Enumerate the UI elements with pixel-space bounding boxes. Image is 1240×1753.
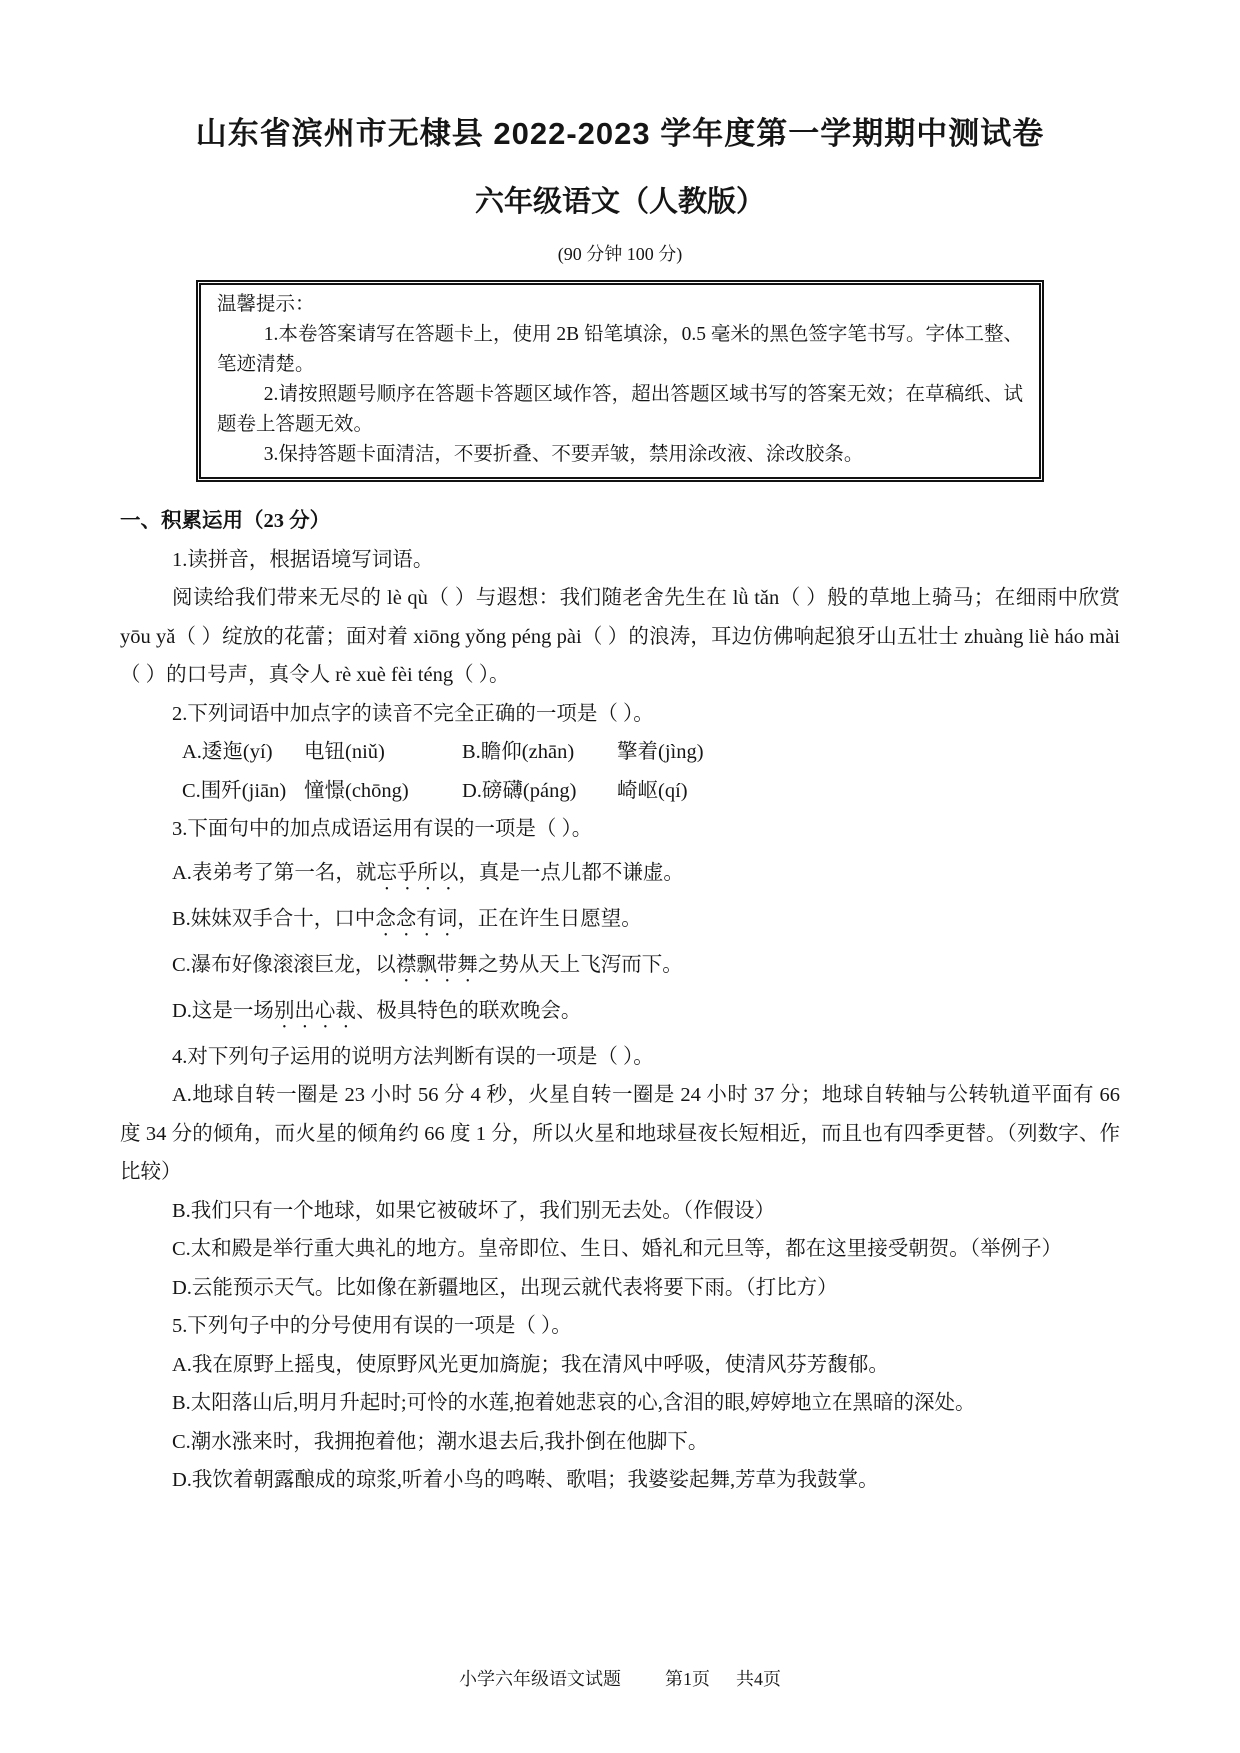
notice-item-3: 3.保持答题卡面清洁，不要折叠、不要弄皱，禁用涂改液、涂改胶条。 [217,440,1023,470]
notice-item-1: 1.本卷答案请写在答题卡上，使用 2B 铅笔填涂，0.5 毫米的黑色签字笔书写。… [217,320,1023,380]
notice-heading: 温馨提示： [217,290,1023,320]
question-5-stem: 5.下列句子中的分号使用有误的一项是（ ）。 [120,1307,1120,1346]
q4-option-c: C.太和殿是举行重大典礼的地方。皇帝即位、生日、婚礼和元旦等，都在这里接受朝贺。… [120,1230,1120,1269]
q3-a-pre: A.表弟考了第一名，就 [172,862,376,884]
question-2-options-row-2: C.围歼(jiān) 憧憬(chōng) D.磅礴(páng) 崎岖(qí) [120,772,1120,811]
q3-d-emphasis: 别出心裁 [274,1000,356,1022]
question-2-options-row-1: A.逶迤(yí) 电钮(niǔ) B.瞻仰(zhān) 擎着(jìng) [120,733,1120,772]
footer-page-number: 第1页 [665,1669,710,1689]
question-1-passage: 阅读给我们带来无尽的 lè qù（ ）与遐想：我们随老舍先生在 lǜ tǎn（ … [120,579,1120,695]
q4-option-a: A.地球自转一圈是 23 小时 56 分 4 秒，火星自转一圈是 24 小时 3… [120,1076,1120,1192]
page-footer: 小学六年级语文试题第1页共4页 [0,1665,1240,1691]
q2-option-a: A.逶迤(yí) [182,733,304,772]
q5-option-b: B.太阳落山后,明月升起时;可怜的水莲,抱着她悲哀的心,含泪的眼,婷婷地立在黑暗… [120,1384,1120,1423]
section1-heading: 一、积累运用（23 分） [120,502,1120,541]
q2-option-a2: 电钮(niǔ) [304,733,462,772]
q2-option-b: B.瞻仰(zhān) [462,733,617,772]
q3-c-post: 之势从天上飞泻而下。 [478,954,683,976]
q2-option-b2: 擎着(jìng) [617,733,704,772]
q2-option-d: D.磅礴(páng) [462,772,617,811]
q3-option-d: D.这是一场别出心裁、极具特色的联欢晚会。 [120,992,1120,1033]
q3-option-c: C.瀑布好像滚滚巨龙，以襟飘带舞之势从天上飞泻而下。 [120,946,1120,987]
q5-option-a: A.我在原野上摇曳，使原野风光更加旖旎；我在清风中呼吸，使清风芬芳馥郁。 [120,1346,1120,1385]
time-score-line: (90 分钟 100 分) [120,242,1120,266]
q2-option-c2: 憧憬(chōng) [304,772,462,811]
exam-body: 一、积累运用（23 分） 1.读拼音，根据语境写词语。 阅读给我们带来无尽的 l… [120,502,1120,1500]
q2-option-d2: 崎岖(qí) [617,772,688,811]
q3-d-pre: D.这是一场 [172,1000,274,1022]
q3-option-a: A.表弟考了第一名，就忘乎所以，真是一点儿都不谦虚。 [120,854,1120,895]
q2-option-c: C.围歼(jiān) [182,772,304,811]
question-3-stem: 3.下面句中的加点成语运用有误的一项是（ ）。 [120,810,1120,849]
exam-title: 山东省滨州市无棣县 2022-2023 学年度第一学期期中测试卷 [120,112,1120,156]
q4-option-b: B.我们只有一个地球，如果它被破坏了，我们别无去处。（作假设） [120,1192,1120,1231]
question-2-stem: 2.下列词语中加点字的读音不完全正确的一项是（ ）。 [120,695,1120,734]
footer-page-total: 共4页 [736,1669,781,1689]
q3-c-pre: C.瀑布好像滚滚巨龙，以 [172,954,396,976]
q3-b-emphasis: 念念有词 [375,908,457,930]
exam-subtitle: 六年级语文（人教版） [120,182,1120,222]
q3-a-emphasis: 忘乎所以 [376,862,458,884]
q3-a-post: ，真是一点儿都不谦虚。 [458,862,684,884]
q3-option-b: B.妹妹双手合十，口中念念有词，正在许生日愿望。 [120,900,1120,941]
q5-option-d: D.我饮着朝露酿成的琼浆,听着小鸟的鸣啭、歌唱；我婆娑起舞,芳草为我鼓掌。 [120,1461,1120,1500]
notice-item-2: 2.请按照题号顺序在答题卡答题区域作答，超出答题区域书写的答案无效；在草稿纸、试… [217,380,1023,440]
q5-option-c: C.潮水涨来时，我拥抱着他；潮水退去后,我扑倒在他脚下。 [120,1423,1120,1462]
q3-d-post: 、极具特色的联欢晚会。 [356,1000,582,1022]
notice-box: 温馨提示： 1.本卷答案请写在答题卡上，使用 2B 铅笔填涂，0.5 毫米的黑色… [196,280,1044,482]
q3-b-pre: B.妹妹双手合十，口中 [172,908,375,930]
q3-c-emphasis: 襟飘带舞 [396,954,478,976]
q4-option-d: D.云能预示天气。比如像在新疆地区，出现云就代表将要下雨。（打比方） [120,1269,1120,1308]
q3-b-post: ，正在许生日愿望。 [457,908,642,930]
question-4-stem: 4.对下列句子运用的说明方法判断有误的一项是（ ）。 [120,1038,1120,1077]
footer-doc-name: 小学六年级语文试题 [459,1669,621,1689]
question-1-stem: 1.读拼音，根据语境写词语。 [120,541,1120,580]
exam-page: 山东省滨州市无棣县 2022-2023 学年度第一学期期中测试卷 六年级语文（人… [0,0,1240,1753]
